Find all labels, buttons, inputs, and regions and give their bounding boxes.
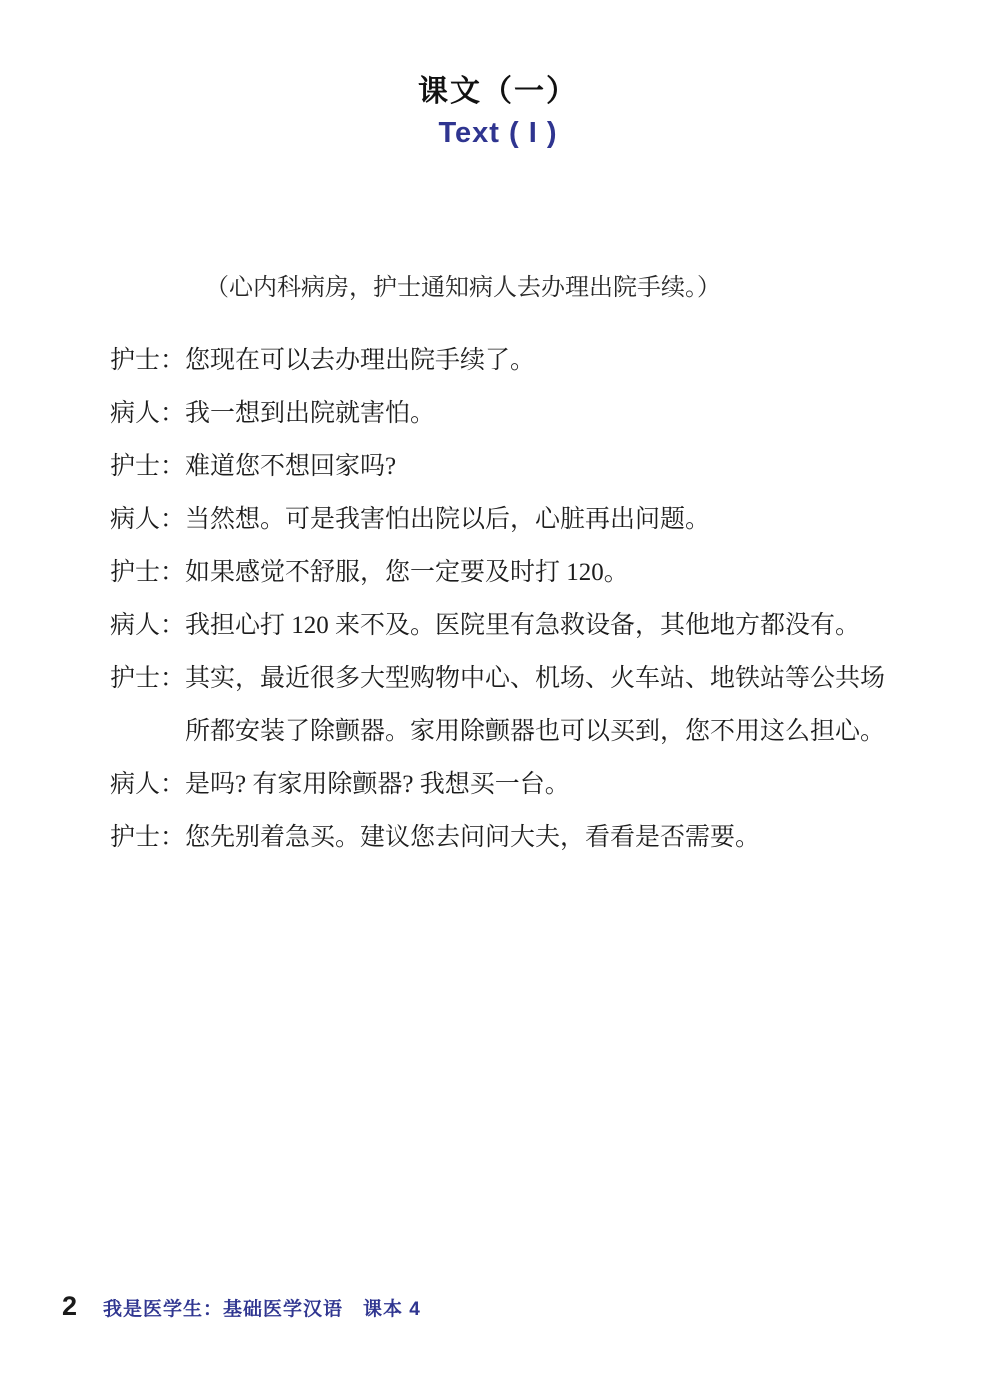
dialogue-block: 护士： 您现在可以去办理出院手续了。 病人： 我一想到出院就害怕。 护士： 难道…	[110, 334, 900, 864]
dialogue-turn: 护士： 其实，最近很多大型购物中心、机场、火车站、地铁站等公共场所都安装了除颤器…	[110, 652, 900, 758]
speaker-label: 护士：	[110, 440, 185, 493]
utterance-text: 您现在可以去办理出院手续了。	[185, 334, 897, 387]
speaker-label: 护士：	[110, 546, 185, 599]
dialogue-turn: 护士： 您现在可以去办理出院手续了。	[110, 334, 900, 387]
lesson-title-en: Text ( I )	[0, 116, 996, 150]
dialogue-turn: 病人： 我担心打 120 来不及。医院里有急救设备，其他地方都没有。	[110, 599, 900, 652]
page-number: 2	[62, 1291, 77, 1321]
speaker-label: 病人：	[110, 387, 185, 440]
dialogue-turn: 护士： 如果感觉不舒服，您一定要及时打 120。	[110, 546, 900, 599]
speaker-label: 护士：	[110, 652, 185, 705]
speaker-label: 病人：	[110, 758, 185, 811]
lesson-title-zh: 课文（一）	[0, 74, 996, 110]
dialogue-turn: 护士： 您先别着急买。建议您去问问大夫，看看是否需要。	[110, 811, 900, 864]
utterance-text: 难道您不想回家吗?	[185, 440, 897, 493]
dialogue-turn: 病人： 我一想到出院就害怕。	[110, 387, 900, 440]
speaker-label: 护士：	[110, 334, 185, 387]
utterance-text: 其实，最近很多大型购物中心、机场、火车站、地铁站等公共场所都安装了除颤器。家用除…	[185, 652, 897, 758]
dialogue-turn: 病人： 是吗? 有家用除颤器? 我想买一台。	[110, 758, 900, 811]
utterance-text: 当然想。可是我害怕出院以后，心脏再出问题。	[185, 493, 897, 546]
speaker-label: 病人：	[110, 493, 185, 546]
book-title: 我是医学生：基础医学汉语 课本 4	[103, 1297, 421, 1323]
dialogue-turn: 护士： 难道您不想回家吗?	[110, 440, 900, 493]
utterance-text: 如果感觉不舒服，您一定要及时打 120。	[185, 546, 897, 599]
utterance-text: 是吗? 有家用除颤器? 我想买一台。	[185, 758, 897, 811]
utterance-text: 我担心打 120 来不及。医院里有急救设备，其他地方都没有。	[185, 599, 897, 652]
utterance-text: 您先别着急买。建议您去问问大夫，看看是否需要。	[185, 811, 897, 864]
speaker-label: 护士：	[110, 811, 185, 864]
lesson-title-block: 课文（一） Text ( I )	[0, 74, 996, 150]
textbook-page: 课文（一） Text ( I ) （心内科病房，护士通知病人去办理出院手续。） …	[0, 0, 996, 1400]
dialogue-turn: 病人： 当然想。可是我害怕出院以后，心脏再出问题。	[110, 493, 900, 546]
page-footer: 2 我是医学生：基础医学汉语 课本 4	[62, 1291, 421, 1323]
speaker-label: 病人：	[110, 599, 185, 652]
utterance-text: 我一想到出院就害怕。	[185, 387, 897, 440]
stage-direction: （心内科病房，护士通知病人去办理出院手续。）	[205, 273, 721, 303]
